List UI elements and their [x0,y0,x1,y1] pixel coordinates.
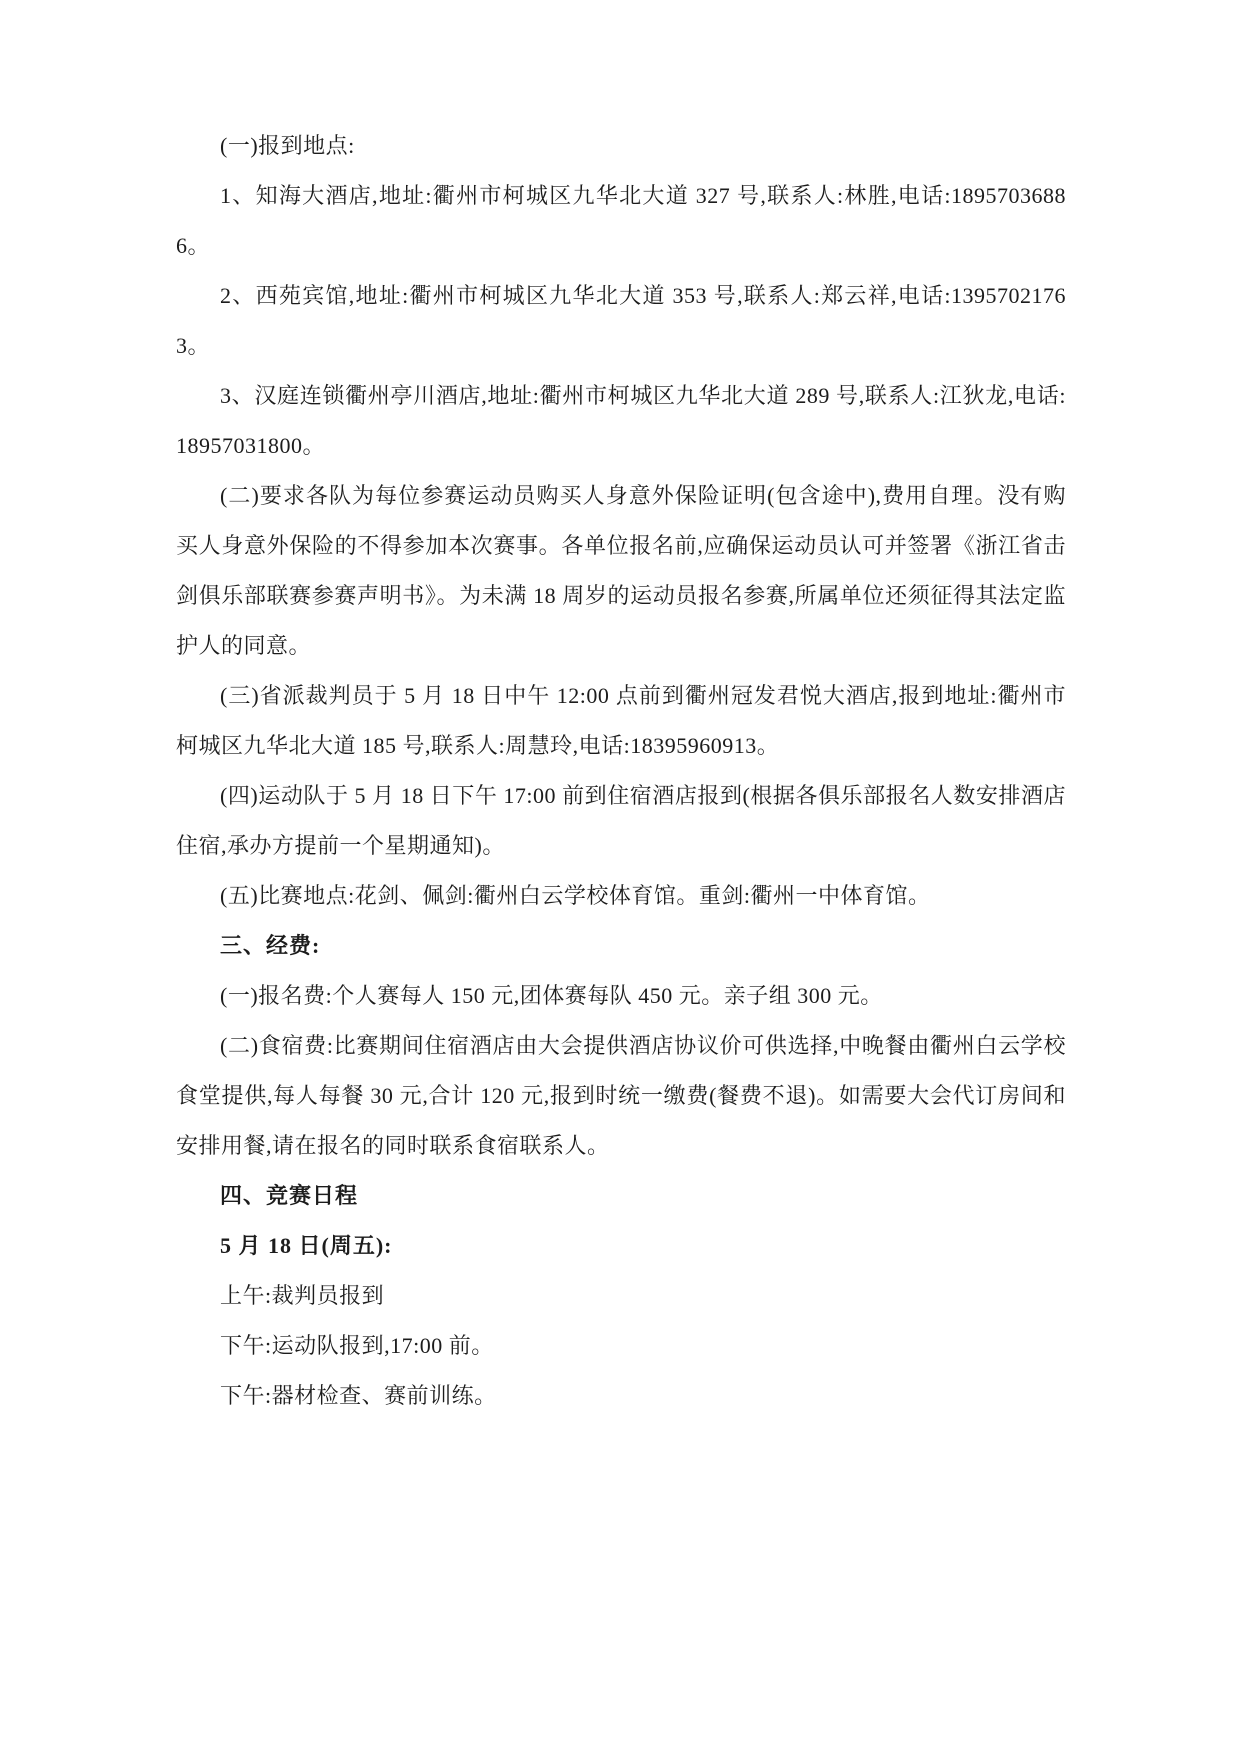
para-hotel-3: 3、汉庭连锁衢州亭川酒店,地址:衢州市柯城区九华北大道 289 号,联系人:江狄… [176,371,1066,471]
para-meal-lodging-fee: (二)食宿费:比赛期间住宿酒店由大会提供酒店协议价可供选择,中晚餐由衢州白云学校… [176,1021,1066,1171]
document-body: (一)报到地点: 1、知海大酒店,地址:衢州市柯城区九华北大道 327 号,联系… [176,121,1066,1421]
para-registration-fee: (一)报名费:个人赛每人 150 元,团体赛每队 450 元。亲子组 300 元… [176,971,1066,1021]
para-hotel-1: 1、知海大酒店,地址:衢州市柯城区九华北大道 327 号,联系人:林胜,电话:1… [176,171,1066,271]
para-schedule-morning: 上午:裁判员报到 [176,1271,1066,1321]
para-team-checkin: (四)运动队于 5 月 18 日下午 17:00 前到住宿酒店报到(根据各俱乐部… [176,771,1066,871]
para-referee-checkin: (三)省派裁判员于 5 月 18 日中午 12:00 点前到衢州冠发君悦大酒店,… [176,671,1066,771]
document-page: (一)报到地点: 1、知海大酒店,地址:衢州市柯城区九华北大道 327 号,联系… [0,0,1240,1754]
heading-section-4-schedule: 四、竞赛日程 [176,1171,1066,1221]
para-schedule-afternoon-2: 下午:器材检查、赛前训练。 [176,1371,1066,1421]
heading-section-3-funding: 三、经费: [176,921,1066,971]
para-checkin-location-heading: (一)报到地点: [176,121,1066,171]
para-competition-venues: (五)比赛地点:花剑、佩剑:衢州白云学校体育馆。重剑:衢州一中体育馆。 [176,871,1066,921]
para-hotel-2: 2、西苑宾馆,地址:衢州市柯城区九华北大道 353 号,联系人:郑云祥,电话:1… [176,271,1066,371]
para-insurance-requirement: (二)要求各队为每位参赛运动员购买人身意外保险证明(包含途中),费用自理。没有购… [176,471,1066,671]
para-schedule-afternoon-1: 下午:运动队报到,17:00 前。 [176,1321,1066,1371]
para-schedule-date: 5 月 18 日(周五): [176,1221,1066,1271]
